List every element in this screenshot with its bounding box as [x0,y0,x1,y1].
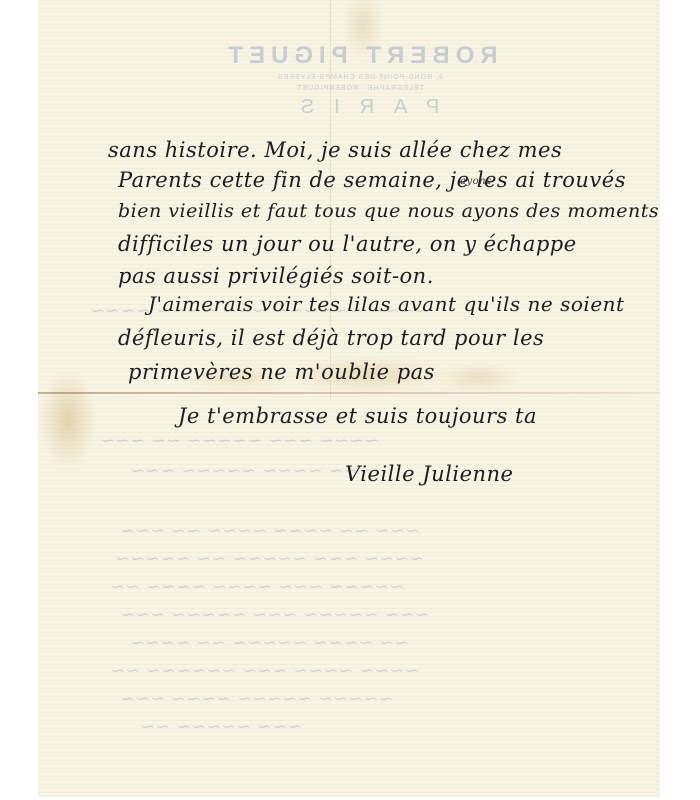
letter-line-7: défleuris, il est déjà trop tard pour le… [118,326,544,350]
bleed-through-text: ~~~ ~~~~~ ~~ [140,716,302,737]
bleed-through-text: ~~~~ ~~~ ~~~~~ ~~ ~~~~~ [115,548,424,569]
bleed-through-text: ~~~ ~~ ~~~~ ~~~~ ~~ ~~~ [120,520,420,541]
signature: Vieille Julienne [345,462,513,486]
closing-line: Je t'embrasse et suis toujours ta [178,404,537,428]
bleed-through-text: ~~~ ~~~~~ ~~~ ~~~~~ ~~~ [120,604,429,625]
bleed-through-text: ~~~ ~~~~ ~~~~~ ~~~ [130,460,373,481]
letterhead-address: 3, ROND-POINT DES CHAMPS-ÉLYSÉES [180,74,540,81]
bleed-through-text: ~~~~~ ~~~ ~~~~ ~~~~ ~~ [110,576,404,597]
letter-line-1: sans histoire. Moi, je suis allée chez m… [108,138,562,162]
horizontal-fold-crease [38,392,660,394]
letterhead-city: PARIS [180,96,540,119]
letterhead-name: ROBERT PIGUET [180,42,540,70]
letter-line-3: bien vieillis et faut tous que nous ayon… [118,200,659,222]
letter-line-8: primevères ne m'oublie pas [128,360,435,384]
letter-line-5: pas aussi privilégiés soit-on. [118,264,434,288]
letterhead-telegraph: TÉLÉGRAPHE : ROBERPIGUET [180,85,540,92]
bleed-through-text: ~~ ~~~~ ~~~~~ ~~ ~~~~ [130,632,409,653]
letter-line-2: Parents cette fin de semaine, je les ai … [118,168,626,192]
bleed-through-text: ~~~~ ~~~ ~~~~~ ~~ ~~~ [100,430,379,451]
letter-line-4: difficiles un jour ou l'autre, on y écha… [118,232,577,256]
letterhead-show-through: ROBERT PIGUET 3, ROND-POINT DES CHAMPS-É… [180,42,540,119]
bleed-through-text: ~~~~~ ~~~~~ ~~~~ ~~~ [120,688,394,709]
letter-line-6: J'aimerais voir tes lilas avant qu'ils n… [148,292,625,316]
interlinear-note: ayons [460,176,492,187]
bleed-through-text: ~~~~ ~~~~ ~~~ ~~~~~~ ~~ [110,660,419,681]
